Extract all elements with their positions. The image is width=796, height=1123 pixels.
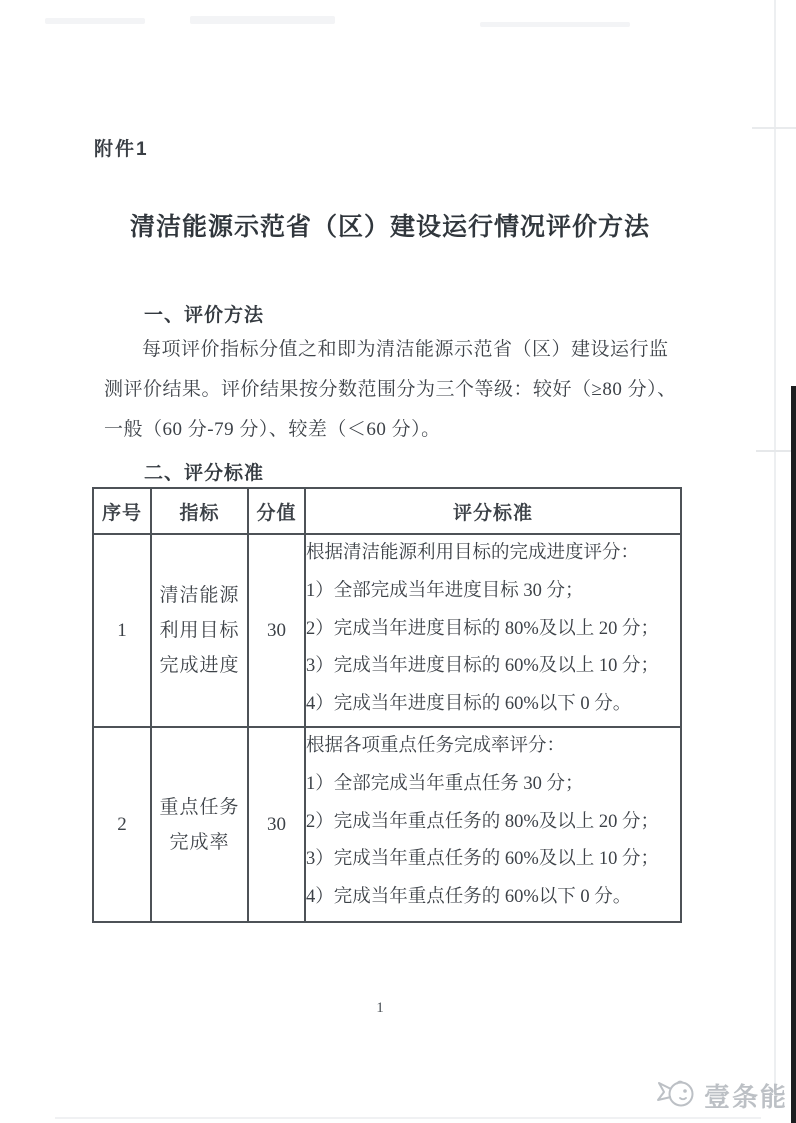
indicator-line: 重点任务 xyxy=(152,790,247,825)
scan-edge-tick xyxy=(756,450,796,452)
indicator-line: 完成率 xyxy=(152,825,247,860)
criteria-cell: 根据清洁能源利用目标的完成进度评分： 1）全部完成当年进度目标 30 分； 2）… xyxy=(305,534,681,727)
scan-smudge xyxy=(45,18,145,24)
row-number: 2 xyxy=(93,727,151,922)
criteria-line: 3）完成当年重点任务的 60%及以上 10 分； xyxy=(306,841,680,879)
score-cell: 30 xyxy=(248,534,305,727)
paragraph-line: 一般（60 分-79 分）、较差（＜60 分）。 xyxy=(104,410,724,450)
scan-edge-line xyxy=(774,0,776,1086)
attachment-label: 附件1 xyxy=(94,134,149,161)
section-heading-scoring: 二、评分标准 xyxy=(144,458,264,485)
table-header-no: 序号 xyxy=(93,488,151,534)
indicator-cell: 清洁能源 利用目标 完成进度 xyxy=(151,534,248,727)
scan-smudge xyxy=(190,16,335,24)
indicator-cell: 重点任务 完成率 xyxy=(151,727,248,922)
watermark-label: 壹条能 xyxy=(704,1077,788,1114)
criteria-line: 1）全部完成当年进度目标 30 分； xyxy=(306,573,680,611)
criteria-line: 2）完成当年重点任务的 80%及以上 20 分； xyxy=(306,804,680,842)
publisher-watermark: 壹条能 xyxy=(655,1076,788,1115)
indicator-line: 利用目标 xyxy=(152,613,247,648)
page-number: 1 xyxy=(0,1000,760,1017)
table-header-score: 分值 xyxy=(248,488,305,534)
table-row: 1 清洁能源 利用目标 完成进度 30 根据清洁能源利用目标的完成进度评分： 1… xyxy=(93,534,681,727)
criteria-line: 4）完成当年进度目标的 60%以下 0 分。 xyxy=(306,686,680,724)
score-cell: 30 xyxy=(248,727,305,922)
table-header-indicator: 指标 xyxy=(151,488,248,534)
section-heading-method: 一、评价方法 xyxy=(144,300,264,327)
table-header-criteria: 评分标准 xyxy=(305,488,681,534)
scanned-document-page: { "document": { "attachment_label": "附件1… xyxy=(0,0,796,1123)
fish-icon xyxy=(655,1076,697,1115)
criteria-line: 根据清洁能源利用目标的完成进度评分： xyxy=(306,535,680,573)
paragraph-line: 每项评价指标分值之和即为清洁能源示范省（区）建设运行监 xyxy=(104,330,724,370)
scan-edge-tick xyxy=(752,127,796,129)
row-number: 1 xyxy=(93,534,151,727)
criteria-cell: 根据各项重点任务完成率评分： 1）全部完成当年重点任务 30 分； 2）完成当年… xyxy=(305,727,681,922)
indicator-line: 清洁能源 xyxy=(152,578,247,613)
document-title: 清洁能源示范省（区）建设运行情况评价方法 xyxy=(0,207,780,243)
table-row: 2 重点任务 完成率 30 根据各项重点任务完成率评分： 1）全部完成当年重点任… xyxy=(93,727,681,922)
paragraph-line: 测评价结果。评价结果按分数范围分为三个等级：较好（≥80 分）、 xyxy=(104,370,724,410)
scoring-criteria-table: 序号 指标 分值 评分标准 1 清洁能源 利用目标 完成进度 30 根据清洁能源… xyxy=(92,487,682,923)
criteria-line: 2）完成当年进度目标的 80%及以上 20 分； xyxy=(306,611,680,649)
scan-edge-strip xyxy=(791,386,796,1123)
criteria-line: 3）完成当年进度目标的 60%及以上 10 分； xyxy=(306,648,680,686)
method-paragraph: 每项评价指标分值之和即为清洁能源示范省（区）建设运行监 测评价结果。评价结果按分… xyxy=(104,330,724,450)
indicator-line: 完成进度 xyxy=(152,648,247,683)
table-header-row: 序号 指标 分值 评分标准 xyxy=(93,488,681,534)
scan-bottom-line xyxy=(55,1117,761,1119)
scan-smudge xyxy=(480,22,630,27)
criteria-line: 1）全部完成当年重点任务 30 分； xyxy=(306,766,680,804)
criteria-line: 根据各项重点任务完成率评分： xyxy=(306,728,680,766)
criteria-line: 4）完成当年重点任务的 60%以下 0 分。 xyxy=(306,879,680,917)
